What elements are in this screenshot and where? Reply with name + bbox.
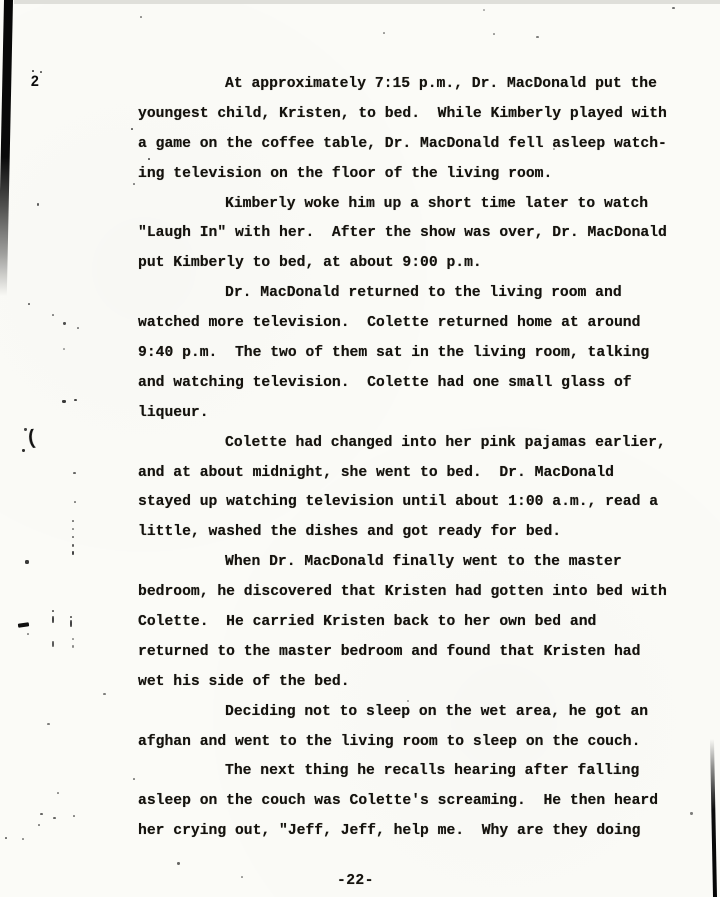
document-body-text: At approximately 7:15 p.m., Dr. MacDonal… [138, 70, 683, 847]
scan-speck [73, 472, 76, 474]
scan-speck [73, 815, 75, 817]
scan-speck [72, 645, 74, 648]
scan-speck [72, 551, 74, 555]
scan-speck [690, 812, 693, 815]
scan-speck [24, 428, 27, 431]
document-line: stayed up watching television until abou… [138, 488, 683, 518]
document-line: Colette. He carried Kristen back to her … [138, 608, 683, 638]
scan-speck [40, 71, 42, 73]
scan-speck [493, 33, 495, 35]
scan-speck [177, 862, 180, 865]
scan-speck [52, 314, 54, 316]
document-line: "Laugh In" with her. After the show was … [138, 219, 683, 249]
scan-speck [37, 203, 39, 206]
document-line: a game on the coffee table, Dr. MacDonal… [138, 130, 683, 160]
scan-speck [52, 616, 54, 623]
document-line: bedroom, he discovered that Kristen had … [138, 578, 683, 608]
scan-speck [74, 399, 77, 401]
scan-speck [22, 449, 25, 452]
document-line: returned to the master bedroom and found… [138, 638, 683, 668]
scan-speck [383, 32, 385, 34]
scan-speck [28, 303, 30, 305]
scan-speck [70, 620, 72, 627]
document-line: Colette had changed into her pink pajama… [138, 429, 683, 459]
scan-speck [5, 837, 7, 839]
scan-speck [241, 876, 243, 878]
margin-smudge-mark: 2 [30, 74, 39, 90]
document-line: afghan and went to the living room to sl… [138, 728, 683, 758]
scan-speck [103, 693, 106, 695]
document-line: Dr. MacDonald returned to the living roo… [138, 279, 683, 309]
scan-speck [57, 792, 59, 794]
scanned-document-page: 2 ( At approximately 7:15 p.m., Dr. MacD… [0, 0, 720, 897]
scan-speck [53, 817, 56, 819]
document-line: watched more television. Colette returne… [138, 309, 683, 339]
document-line: and watching television. Colette had one… [138, 369, 683, 399]
scan-speck [47, 723, 50, 725]
scan-speck [63, 322, 66, 325]
scan-speck [672, 7, 675, 9]
scan-speck [72, 528, 74, 530]
scan-speck [77, 327, 79, 329]
scan-speck [22, 838, 24, 840]
scan-right-edge-line-artifact [710, 739, 717, 897]
scan-speck [25, 560, 29, 564]
document-line: little, washed the dishes and got ready … [138, 518, 683, 548]
scan-speck [27, 633, 29, 635]
document-line: At approximately 7:15 p.m., Dr. MacDonal… [138, 70, 683, 100]
scan-speck [40, 813, 43, 815]
scan-speck [70, 616, 72, 618]
margin-dash-mark [18, 622, 29, 627]
scan-speck [52, 610, 54, 612]
document-line: and at about midnight, she went to bed. … [138, 459, 683, 489]
scan-speck [62, 400, 66, 403]
scan-speck [140, 16, 142, 18]
document-line: her crying out, "Jeff, Jeff, help me. Wh… [138, 817, 683, 847]
scan-speck [131, 128, 133, 130]
scan-speck [133, 778, 135, 780]
document-line: put Kimberly to bed, at about 9:00 p.m. [138, 249, 683, 279]
scan-speck [72, 544, 74, 547]
scan-speck [536, 36, 539, 38]
scan-top-edge-artifact [14, 0, 720, 4]
scan-speck [72, 638, 74, 640]
document-line: Kimberly woke him up a short time later … [138, 190, 683, 220]
scan-speck [483, 9, 485, 11]
document-line: The next thing he recalls hearing after … [138, 757, 683, 787]
document-line: When Dr. MacDonald finally went to the m… [138, 548, 683, 578]
document-line: ing television on the floor of the livin… [138, 160, 683, 190]
document-line: Deciding not to sleep on the wet area, h… [138, 698, 683, 728]
scan-left-edge-line-artifact [0, 0, 13, 302]
document-line: 9:40 p.m. The two of them sat in the liv… [138, 339, 683, 369]
document-line: wet his side of the bed. [138, 668, 683, 698]
document-line: asleep on the couch was Colette's scream… [138, 787, 683, 817]
document-line: youngest child, Kristen, to bed. While K… [138, 100, 683, 130]
scan-speck [72, 520, 74, 522]
scan-speck [133, 183, 135, 185]
scan-speck [52, 641, 54, 647]
scan-speck [38, 824, 40, 826]
scan-speck [63, 348, 65, 350]
margin-paren-mark: ( [25, 429, 39, 450]
page-number: -22- [337, 874, 374, 889]
document-line: liqueur. [138, 399, 683, 429]
scan-speck [74, 501, 76, 503]
scan-speck [32, 70, 34, 72]
scan-speck [72, 536, 74, 538]
